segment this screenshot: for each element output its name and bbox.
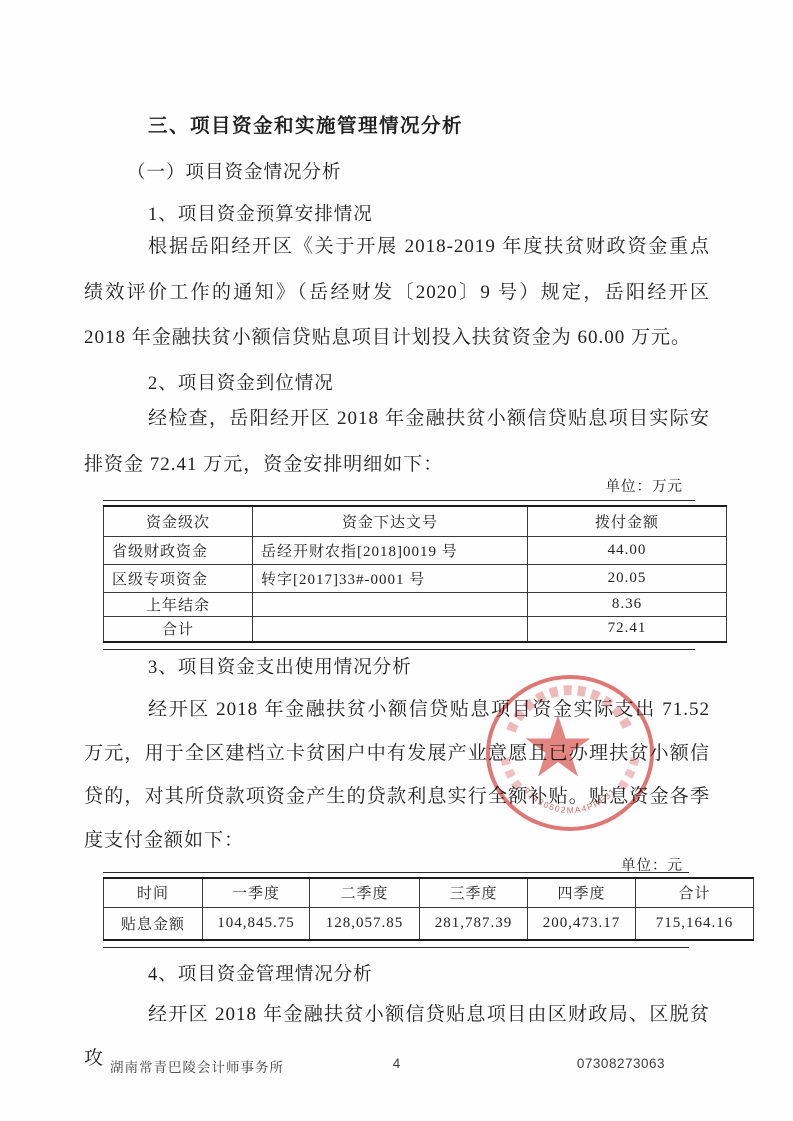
- quarterly-q3-value: 281,787.39: [420, 907, 528, 940]
- document-page: 三、项目资金和实施管理情况分析 （一）项目资金情况分析 1、项目资金预算安排情况…: [0, 0, 793, 1121]
- seal-arc-text-blur: [511, 690, 629, 731]
- star-icon: [526, 715, 591, 777]
- section-3-heading: 3、项目资金支出使用情况分析: [148, 653, 412, 679]
- official-seal-stamp: 91430602MA4PRE31: [481, 672, 659, 838]
- funding-level-cell: 区级专项资金: [104, 564, 253, 592]
- seal-arc-text-blur: [505, 758, 521, 790]
- section-2-paragraph: 经检查，岳阳经开区 2018 年金融扶贫小额信贷贴息项目实际安排资金 72.41…: [84, 396, 710, 487]
- section-4-heading: 4、项目资金管理情况分析: [148, 960, 373, 986]
- section-1-heading: 1、项目资金预算安排情况: [148, 200, 373, 226]
- funding-table-unit-label: 单位：万元: [606, 475, 684, 496]
- quarterly-table-header-row: 时间 一季度 二季度 三季度 四季度 合计: [104, 878, 754, 907]
- funding-doc-no-cell: [253, 592, 528, 616]
- quarterly-q1-value: 104,845.75: [203, 907, 310, 940]
- quarterly-table: 时间 一季度 二季度 三季度 四季度 合计 贴息金额 104,845.75 12…: [103, 872, 689, 948]
- funding-header-level: 资金级次: [104, 506, 253, 536]
- table-row: 区级专项资金 转字[2017]33#-0001 号 20.05: [104, 564, 727, 592]
- funding-total-amount: 72.41: [528, 616, 727, 642]
- quarterly-header-total: 合计: [636, 878, 754, 907]
- funding-doc-no-cell: 转字[2017]33#-0001 号: [253, 564, 528, 592]
- footer-page-number: 4: [0, 1056, 793, 1071]
- table-row: 省级财政资金 岳经开财农指[2018]0019 号 44.00: [104, 536, 727, 564]
- funding-level-cell: 省级财政资金: [104, 536, 253, 564]
- subsection-title: （一）项目资金情况分析: [127, 158, 342, 184]
- quarterly-header-q3: 三季度: [420, 878, 528, 907]
- quarterly-header-q1: 一季度: [203, 878, 310, 907]
- quarterly-row-label: 贴息金额: [104, 907, 203, 940]
- table-row: 上年结余 8.36: [104, 592, 727, 616]
- funding-amount-cell: 20.05: [528, 564, 727, 592]
- section-title: 三、项目资金和实施管理情况分析: [148, 110, 463, 138]
- funding-amount-cell: 44.00: [528, 536, 727, 564]
- funding-doc-no-cell: [253, 616, 528, 642]
- quarterly-q2-value: 128,057.85: [310, 907, 420, 940]
- funding-header-doc-no: 资金下达文号: [253, 506, 528, 536]
- quarterly-q4-value: 200,473.17: [528, 907, 636, 940]
- funding-total-label: 合计: [104, 616, 253, 642]
- funding-amount-cell: 8.36: [528, 592, 727, 616]
- quarterly-total-value: 715,164.16: [636, 907, 754, 940]
- funding-table: 资金级次 资金下达文号 拨付金额 省级财政资金 岳经开财农指[2018]0019…: [103, 500, 695, 650]
- funding-table-header-row: 资金级次 资金下达文号 拨付金额: [104, 506, 727, 536]
- footer-phone-number: 07308273063: [577, 1056, 665, 1071]
- quarterly-header-q2: 二季度: [310, 878, 420, 907]
- quarterly-header-time: 时间: [104, 878, 203, 907]
- seal-credit-code: 91430602MA4PRE31: [522, 786, 618, 815]
- funding-level-cell: 上年结余: [104, 592, 253, 616]
- table-row: 贴息金额 104,845.75 128,057.85 281,787.39 20…: [104, 907, 754, 940]
- seal-arc-text-blur: [619, 758, 635, 790]
- table-row: 合计 72.41: [104, 616, 727, 642]
- funding-doc-no-cell: 岳经开财农指[2018]0019 号: [253, 536, 528, 564]
- quarterly-header-q4: 四季度: [528, 878, 636, 907]
- section-2-heading: 2、项目资金到位情况: [148, 369, 334, 395]
- section-1-paragraph: 根据岳阳经开区《关于开展 2018-2019 年度扶贫财政资金重点绩效评价工作的…: [84, 224, 710, 361]
- funding-header-amount: 拨付金额: [528, 506, 727, 536]
